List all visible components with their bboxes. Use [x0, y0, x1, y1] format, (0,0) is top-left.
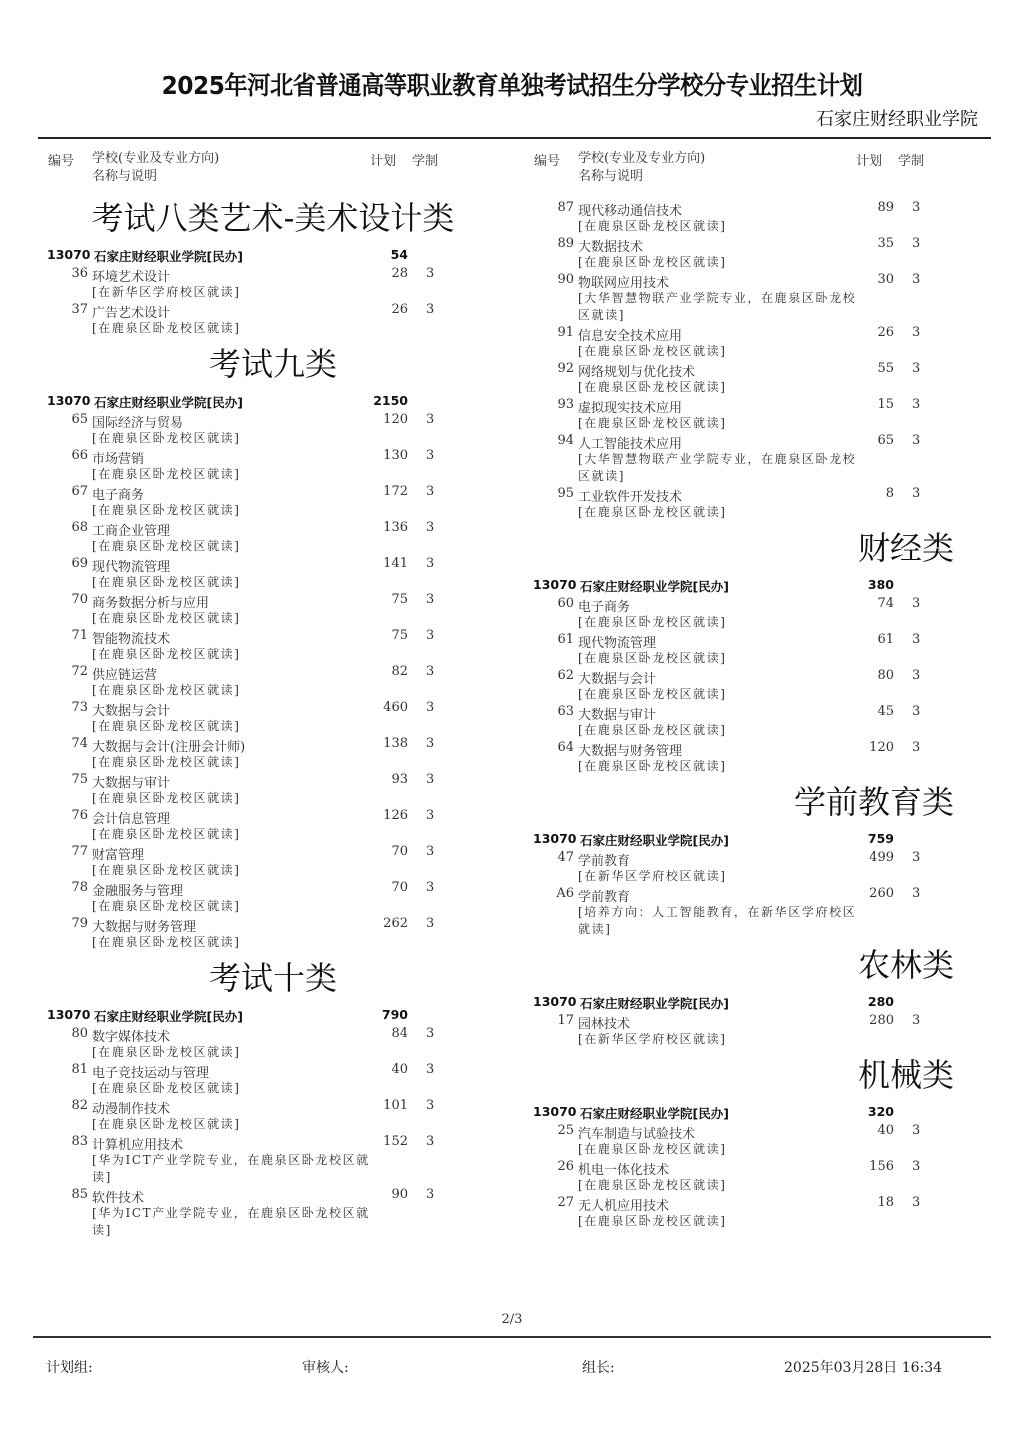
- major-code: 62: [544, 668, 574, 683]
- school-row: 13070石家庄财经职业学院[民办]320: [524, 1101, 994, 1123]
- major-code: 82: [58, 1098, 88, 1113]
- page-number: 2/3: [0, 1312, 1024, 1327]
- major-plan: 28: [358, 266, 408, 281]
- major-name: 无人机应用技术: [578, 1195, 669, 1214]
- print-datetime: 2025年03月28日 16:34: [784, 1357, 942, 1377]
- major-row: 71智能物流技术753: [38, 628, 508, 646]
- major-plan: 499: [844, 850, 894, 865]
- major-item: 62大数据与会计803[在鹿泉区卧龙校区就读]: [524, 668, 994, 704]
- major-code: 81: [58, 1062, 88, 1077]
- major-name: 大数据与审计: [92, 772, 170, 791]
- major-note: [培养方向：人工智能教育，在新华区学府校区就读]: [578, 904, 858, 939]
- major-length: 3: [426, 266, 434, 281]
- major-row: 78金融服务与管理703: [38, 880, 508, 898]
- major-name: 学前教育: [578, 886, 630, 905]
- major-item: 92网络规划与优化技术553[在鹿泉区卧龙校区就读]: [524, 361, 994, 397]
- major-code: A6: [544, 886, 574, 901]
- major-item: 67电子商务1723[在鹿泉区卧龙校区就读]: [38, 484, 508, 520]
- major-note: [在鹿泉区卧龙校区就读]: [578, 650, 858, 668]
- major-plan: 80: [844, 668, 894, 683]
- major-code: 92: [544, 361, 574, 376]
- major-code: 75: [58, 772, 88, 787]
- major-length: 3: [912, 1159, 920, 1174]
- major-row: 74大数据与会计(注册会计师)1383: [38, 736, 508, 754]
- major-row: 60电子商务743: [524, 596, 994, 614]
- category-title: 考试九类: [38, 338, 508, 390]
- major-length: 3: [912, 200, 920, 215]
- major-note: [在鹿泉区卧龙校区就读]: [578, 1213, 858, 1231]
- major-length: 3: [426, 628, 434, 643]
- major-row: A6学前教育2603: [524, 886, 994, 904]
- major-name: 物联网应用技术: [578, 272, 669, 291]
- category-section: 财经类13070石家庄财经职业学院[民办]38060电子商务743[在鹿泉区卧龙…: [524, 522, 994, 776]
- major-note: [在鹿泉区卧龙校区就读]: [92, 502, 372, 520]
- major-list: 65国际经济与贸易1203[在鹿泉区卧龙校区就读]66市场营销1303[在鹿泉区…: [38, 412, 508, 952]
- major-item: 91信息安全技术应用263[在鹿泉区卧龙校区就读]: [524, 325, 994, 361]
- major-item: 25汽车制造与试验技术403[在鹿泉区卧龙校区就读]: [524, 1123, 994, 1159]
- major-note: [在鹿泉区卧龙校区就读]: [92, 430, 372, 448]
- major-item: 17园林技术2803[在新华区学府校区就读]: [524, 1013, 994, 1049]
- major-length: 3: [912, 632, 920, 647]
- school-name: 石家庄财经职业学院[民办]: [580, 577, 729, 595]
- major-item: 95工业软件开发技术83[在鹿泉区卧龙校区就读]: [524, 486, 994, 522]
- major-name: 电子竞技运动与管理: [92, 1062, 209, 1081]
- school-row: 13070石家庄财经职业学院[民办]54: [38, 244, 508, 266]
- school-total: 380: [854, 577, 894, 592]
- major-name: 园林技术: [578, 1013, 630, 1032]
- major-length: 3: [912, 1013, 920, 1028]
- major-row: 70商务数据分析与应用753: [38, 592, 508, 610]
- major-row: 26机电一体化技术1563: [524, 1159, 994, 1177]
- major-row: 89大数据技术353: [524, 236, 994, 254]
- major-code: 63: [544, 704, 574, 719]
- major-code: 83: [58, 1134, 88, 1149]
- major-length: 3: [426, 844, 434, 859]
- right-sections: 财经类13070石家庄财经职业学院[民办]38060电子商务743[在鹿泉区卧龙…: [524, 522, 994, 1231]
- major-plan: 70: [358, 844, 408, 859]
- major-code: 60: [544, 596, 574, 611]
- major-note: [大华智慧物联产业学院专业，在鹿泉区卧龙校区就读]: [578, 451, 858, 486]
- major-note: [在鹿泉区卧龙校区就读]: [92, 320, 372, 338]
- major-note: [在鹿泉区卧龙校区就读]: [92, 1044, 372, 1062]
- major-plan: 460: [358, 700, 408, 715]
- category-section: 考试八类艺术-美术设计类13070石家庄财经职业学院[民办]5436环境艺术设计…: [38, 192, 508, 338]
- category-title: 考试八类艺术-美术设计类: [38, 192, 508, 244]
- major-plan: 136: [358, 520, 408, 535]
- header-length: 学制: [898, 150, 924, 169]
- school-code: 13070: [47, 247, 91, 262]
- major-name: 大数据与会计: [92, 700, 170, 719]
- right-column: 编号 学校(专业及专业方向)名称与说明 计划 学制 87现代移动通信技术893[…: [524, 148, 994, 1231]
- major-item: 87现代移动通信技术893[在鹿泉区卧龙校区就读]: [524, 200, 994, 236]
- major-plan: 280: [844, 1013, 894, 1028]
- major-item: 72供应链运营823[在鹿泉区卧龙校区就读]: [38, 664, 508, 700]
- major-item: 80数字媒体技术843[在鹿泉区卧龙校区就读]: [38, 1026, 508, 1062]
- major-note: [在鹿泉区卧龙校区就读]: [92, 826, 372, 844]
- major-row: 82动漫制作技术1013: [38, 1098, 508, 1116]
- major-plan: 75: [358, 628, 408, 643]
- major-plan: 141: [358, 556, 408, 571]
- major-row: 72供应链运营823: [38, 664, 508, 682]
- school-row: 13070石家庄财经职业学院[民办]2150: [38, 390, 508, 412]
- major-plan: 35: [844, 236, 894, 251]
- major-note: [在鹿泉区卧龙校区就读]: [578, 758, 858, 776]
- major-plan: 172: [358, 484, 408, 499]
- major-note: [在鹿泉区卧龙校区就读]: [92, 790, 372, 808]
- major-name: 网络规划与优化技术: [578, 361, 695, 380]
- school-row: 13070石家庄财经职业学院[民办]280: [524, 991, 994, 1013]
- major-code: 64: [544, 740, 574, 755]
- major-code: 68: [58, 520, 88, 535]
- major-item: 61现代物流管理613[在鹿泉区卧龙校区就读]: [524, 632, 994, 668]
- header-name-line1: 学校(专业及专业方向): [92, 151, 219, 166]
- major-length: 3: [912, 433, 920, 448]
- major-item: 64大数据与财务管理1203[在鹿泉区卧龙校区就读]: [524, 740, 994, 776]
- bottom-divider: [33, 1336, 991, 1338]
- major-note: [在鹿泉区卧龙校区就读]: [578, 686, 858, 704]
- header-plan: 计划: [856, 150, 882, 169]
- major-name: 电子商务: [92, 484, 144, 503]
- group-leader-label: 组长:: [582, 1357, 615, 1377]
- major-item: 47学前教育4993[在新华区学府校区就读]: [524, 850, 994, 886]
- major-list: 47学前教育4993[在新华区学府校区就读]A6学前教育2603[培养方向：人工…: [524, 850, 994, 939]
- major-row: 95工业软件开发技术83: [524, 486, 994, 504]
- major-row: 93虚拟现实技术应用153: [524, 397, 994, 415]
- major-code: 66: [58, 448, 88, 463]
- major-code: 67: [58, 484, 88, 499]
- school-name: 石家庄财经职业学院[民办]: [94, 1007, 243, 1025]
- major-note: [在鹿泉区卧龙校区就读]: [92, 898, 372, 916]
- major-item: 90物联网应用技术303[大华智慧物联产业学院专业，在鹿泉区卧龙校区就读]: [524, 272, 994, 325]
- category-section: 农林类13070石家庄财经职业学院[民办]28017园林技术2803[在新华区学…: [524, 939, 994, 1049]
- major-row: 25汽车制造与试验技术403: [524, 1123, 994, 1141]
- major-row: 92网络规划与优化技术553: [524, 361, 994, 379]
- major-length: 3: [426, 484, 434, 499]
- major-plan: 74: [844, 596, 894, 611]
- major-note: [在鹿泉区卧龙校区就读]: [92, 466, 372, 484]
- major-plan: 126: [358, 808, 408, 823]
- major-length: 3: [912, 704, 920, 719]
- school-code: 13070: [533, 831, 577, 846]
- left-sections: 考试八类艺术-美术设计类13070石家庄财经职业学院[民办]5436环境艺术设计…: [38, 192, 508, 1240]
- major-plan: 75: [358, 592, 408, 607]
- major-length: 3: [912, 740, 920, 755]
- major-plan: 120: [358, 412, 408, 427]
- major-code: 89: [544, 236, 574, 251]
- major-name: 工业软件开发技术: [578, 486, 682, 505]
- major-row: 79大数据与财务管理2623: [38, 916, 508, 934]
- major-item: 82动漫制作技术1013[在鹿泉区卧龙校区就读]: [38, 1098, 508, 1134]
- school-total: 320: [854, 1104, 894, 1119]
- major-row: 81电子竞技运动与管理403: [38, 1062, 508, 1080]
- major-note: [在鹿泉区卧龙校区就读]: [578, 343, 858, 361]
- major-list: 36环境艺术设计283[在新华区学府校区就读]37广告艺术设计263[在鹿泉区卧…: [38, 266, 508, 338]
- school-total: 759: [854, 831, 894, 846]
- major-plan: 65: [844, 433, 894, 448]
- major-plan: 18: [844, 1195, 894, 1210]
- major-name: 市场营销: [92, 448, 144, 467]
- major-code: 26: [544, 1159, 574, 1174]
- header-plan: 计划: [370, 150, 396, 169]
- major-length: 3: [912, 850, 920, 865]
- major-note: [在新华区学府校区就读]: [578, 1031, 858, 1049]
- major-name: 现代物流管理: [578, 632, 656, 651]
- major-plan: 89: [844, 200, 894, 215]
- major-length: 3: [426, 556, 434, 571]
- major-name: 虚拟现实技术应用: [578, 397, 682, 416]
- major-name: 财富管理: [92, 844, 144, 863]
- school-name: 石家庄财经职业学院[民办]: [580, 1104, 729, 1122]
- major-code: 90: [544, 272, 574, 287]
- major-code: 73: [58, 700, 88, 715]
- major-item: 37广告艺术设计263[在鹿泉区卧龙校区就读]: [38, 302, 508, 338]
- major-note: [华为ICT产业学院专业，在鹿泉区卧龙校区就读]: [92, 1205, 372, 1240]
- major-code: 47: [544, 850, 574, 865]
- major-length: 3: [912, 397, 920, 412]
- school-code: 13070: [533, 994, 577, 1009]
- major-code: 85: [58, 1187, 88, 1202]
- header-name-line2: 名称与说明: [92, 169, 157, 184]
- major-code: 65: [58, 412, 88, 427]
- major-code: 74: [58, 736, 88, 751]
- category-section: 考试九类13070石家庄财经职业学院[民办]215065国际经济与贸易1203[…: [38, 338, 508, 952]
- major-name: 软件技术: [92, 1187, 144, 1206]
- school-code: 13070: [533, 1104, 577, 1119]
- major-row: 37广告艺术设计263: [38, 302, 508, 320]
- major-item: 73大数据与会计4603[在鹿泉区卧龙校区就读]: [38, 700, 508, 736]
- major-name: 大数据与会计: [578, 668, 656, 687]
- major-name: 电子商务: [578, 596, 630, 615]
- major-length: 3: [426, 916, 434, 931]
- major-item: 94人工智能技术应用653[大华智慧物联产业学院专业，在鹿泉区卧龙校区就读]: [524, 433, 994, 486]
- major-plan: 8: [844, 486, 894, 501]
- major-name: 数字媒体技术: [92, 1026, 170, 1045]
- major-item: 27无人机应用技术183[在鹿泉区卧龙校区就读]: [524, 1195, 994, 1231]
- major-item: 75大数据与审计933[在鹿泉区卧龙校区就读]: [38, 772, 508, 808]
- major-row: 77财富管理703: [38, 844, 508, 862]
- major-plan: 55: [844, 361, 894, 376]
- major-plan: 130: [358, 448, 408, 463]
- major-name: 金融服务与管理: [92, 880, 183, 899]
- major-item: 68工商企业管理1363[在鹿泉区卧龙校区就读]: [38, 520, 508, 556]
- major-code: 69: [58, 556, 88, 571]
- major-code: 17: [544, 1013, 574, 1028]
- major-note: [大华智慧物联产业学院专业，在鹿泉区卧龙校区就读]: [578, 290, 858, 325]
- major-note: [在鹿泉区卧龙校区就读]: [92, 1116, 372, 1134]
- major-item: A6学前教育2603[培养方向：人工智能教育，在新华区学府校区就读]: [524, 886, 994, 939]
- major-note: [在鹿泉区卧龙校区就读]: [92, 610, 372, 628]
- major-row: 63大数据与审计453: [524, 704, 994, 722]
- major-name: 计算机应用技术: [92, 1134, 183, 1153]
- major-row: 90物联网应用技术303: [524, 272, 994, 290]
- header-length: 学制: [412, 150, 438, 169]
- major-plan: 260: [844, 886, 894, 901]
- major-plan: 45: [844, 704, 894, 719]
- major-note: [在鹿泉区卧龙校区就读]: [92, 754, 372, 772]
- major-note: [在鹿泉区卧龙校区就读]: [578, 254, 858, 272]
- major-name: 大数据与会计(注册会计师): [92, 736, 245, 755]
- major-code: 78: [58, 880, 88, 895]
- major-note: [在鹿泉区卧龙校区就读]: [92, 1080, 372, 1098]
- major-length: 3: [426, 736, 434, 751]
- school-code: 13070: [533, 577, 577, 592]
- major-length: 3: [426, 700, 434, 715]
- school-row: 13070石家庄财经职业学院[民办]380: [524, 574, 994, 596]
- major-row: 47学前教育4993: [524, 850, 994, 868]
- major-list: 80数字媒体技术843[在鹿泉区卧龙校区就读]81电子竞技运动与管理403[在鹿…: [38, 1026, 508, 1240]
- major-name: 汽车制造与试验技术: [578, 1123, 695, 1142]
- major-plan: 30: [844, 272, 894, 287]
- major-note: [在鹿泉区卧龙校区就读]: [578, 722, 858, 740]
- major-row: 73大数据与会计4603: [38, 700, 508, 718]
- major-code: 36: [58, 266, 88, 281]
- major-note: [在鹿泉区卧龙校区就读]: [92, 646, 372, 664]
- major-row: 62大数据与会计803: [524, 668, 994, 686]
- major-plan: 262: [358, 916, 408, 931]
- major-note: [在鹿泉区卧龙校区就读]: [92, 538, 372, 556]
- major-length: 3: [912, 325, 920, 340]
- major-name: 商务数据分析与应用: [92, 592, 209, 611]
- major-plan: 90: [358, 1187, 408, 1202]
- major-length: 3: [426, 412, 434, 427]
- major-length: 3: [426, 772, 434, 787]
- header-num: 编号: [534, 150, 560, 169]
- major-name: 国际经济与贸易: [92, 412, 183, 431]
- major-list: 60电子商务743[在鹿泉区卧龙校区就读]61现代物流管理613[在鹿泉区卧龙校…: [524, 596, 994, 776]
- category-section: 考试十类13070石家庄财经职业学院[民办]79080数字媒体技术843[在鹿泉…: [38, 952, 508, 1240]
- school-row: 13070石家庄财经职业学院[民办]759: [524, 828, 994, 850]
- major-row: 75大数据与审计933: [38, 772, 508, 790]
- category-title: 机械类: [524, 1049, 984, 1101]
- category-title: 财经类: [524, 522, 984, 574]
- major-row: 91信息安全技术应用263: [524, 325, 994, 343]
- major-row: 27无人机应用技术183: [524, 1195, 994, 1213]
- school-code: 13070: [47, 1007, 91, 1022]
- major-plan: 40: [844, 1123, 894, 1138]
- major-note: [在鹿泉区卧龙校区就读]: [92, 682, 372, 700]
- major-item: 71智能物流技术753[在鹿泉区卧龙校区就读]: [38, 628, 508, 664]
- major-row: 64大数据与财务管理1203: [524, 740, 994, 758]
- major-name: 人工智能技术应用: [578, 433, 682, 452]
- major-item: 63大数据与审计453[在鹿泉区卧龙校区就读]: [524, 704, 994, 740]
- major-code: 79: [58, 916, 88, 931]
- major-note: [华为ICT产业学院专业，在鹿泉区卧龙校区就读]: [92, 1152, 372, 1187]
- school-name: 石家庄财经职业学院[民办]: [580, 994, 729, 1012]
- column-header: 编号 学校(专业及专业方向)名称与说明 计划 学制: [524, 148, 994, 192]
- page-title: 2025年河北省普通高等职业教育单独考试招生分学校分专业招生计划: [36, 66, 988, 102]
- major-item: 36环境艺术设计283[在新华区学府校区就读]: [38, 266, 508, 302]
- major-row: 66市场营销1303: [38, 448, 508, 466]
- major-row: 76会计信息管理1263: [38, 808, 508, 826]
- major-item: 81电子竞技运动与管理403[在鹿泉区卧龙校区就读]: [38, 1062, 508, 1098]
- major-item: 78金融服务与管理703[在鹿泉区卧龙校区就读]: [38, 880, 508, 916]
- major-note: [在鹿泉区卧龙校区就读]: [578, 415, 858, 433]
- major-plan: 26: [844, 325, 894, 340]
- header-name: 学校(专业及专业方向)名称与说明: [578, 150, 705, 186]
- major-item: 26机电一体化技术1563[在鹿泉区卧龙校区就读]: [524, 1159, 994, 1195]
- major-item: 60电子商务743[在鹿泉区卧龙校区就读]: [524, 596, 994, 632]
- major-note: [在鹿泉区卧龙校区就读]: [92, 862, 372, 880]
- major-length: 3: [912, 236, 920, 251]
- major-code: 61: [544, 632, 574, 647]
- header-name-line2: 名称与说明: [578, 169, 643, 184]
- major-length: 3: [426, 448, 434, 463]
- major-item: 65国际经济与贸易1203[在鹿泉区卧龙校区就读]: [38, 412, 508, 448]
- major-name: 大数据与财务管理: [578, 740, 682, 759]
- school-name-header: 石家庄财经职业学院: [816, 105, 978, 131]
- major-note: [在鹿泉区卧龙校区就读]: [578, 218, 858, 236]
- major-name: 广告艺术设计: [92, 302, 170, 321]
- major-length: 3: [426, 1062, 434, 1077]
- major-row: 85软件技术903: [38, 1187, 508, 1205]
- major-name: 信息安全技术应用: [578, 325, 682, 344]
- major-length: 3: [426, 592, 434, 607]
- major-length: 3: [912, 1123, 920, 1138]
- major-item: 85软件技术903[华为ICT产业学院专业，在鹿泉区卧龙校区就读]: [38, 1187, 508, 1240]
- major-plan: 152: [358, 1134, 408, 1149]
- major-length: 3: [426, 1134, 434, 1149]
- major-item: 74大数据与会计(注册会计师)1383[在鹿泉区卧龙校区就读]: [38, 736, 508, 772]
- major-code: 37: [58, 302, 88, 317]
- major-length: 3: [426, 1098, 434, 1113]
- major-name: 工商企业管理: [92, 520, 170, 539]
- major-row: 80数字媒体技术843: [38, 1026, 508, 1044]
- major-list: 17园林技术2803[在新华区学府校区就读]: [524, 1013, 994, 1049]
- major-length: 3: [912, 272, 920, 287]
- major-plan: 26: [358, 302, 408, 317]
- school-total: 280: [854, 994, 894, 1009]
- left-column: 编号 学校(专业及专业方向)名称与说明 计划 学制 考试八类艺术-美术设计类13…: [38, 148, 508, 1240]
- major-item: 66市场营销1303[在鹿泉区卧龙校区就读]: [38, 448, 508, 484]
- school-name: 石家庄财经职业学院[民办]: [580, 831, 729, 849]
- reviewer-label: 审核人:: [302, 1357, 349, 1377]
- major-plan: 61: [844, 632, 894, 647]
- major-code: 70: [58, 592, 88, 607]
- major-name: 动漫制作技术: [92, 1098, 170, 1117]
- major-name: 大数据与财务管理: [92, 916, 196, 935]
- major-name: 供应链运营: [92, 664, 157, 683]
- major-note: [在鹿泉区卧龙校区就读]: [578, 1141, 858, 1159]
- school-name: 石家庄财经职业学院[民办]: [94, 393, 243, 411]
- major-length: 3: [912, 361, 920, 376]
- major-row: 69现代物流管理1413: [38, 556, 508, 574]
- major-note: [在鹿泉区卧龙校区就读]: [92, 574, 372, 592]
- major-list: 25汽车制造与试验技术403[在鹿泉区卧龙校区就读]26机电一体化技术1563[…: [524, 1123, 994, 1231]
- major-name: 环境艺术设计: [92, 266, 170, 285]
- major-length: 3: [426, 520, 434, 535]
- major-length: 3: [912, 886, 920, 901]
- major-length: 3: [912, 1195, 920, 1210]
- major-row: 65国际经济与贸易1203: [38, 412, 508, 430]
- major-note: [在新华区学府校区就读]: [92, 284, 372, 302]
- major-code: 71: [58, 628, 88, 643]
- major-note: [在鹿泉区卧龙校区就读]: [578, 1177, 858, 1195]
- major-row: 61现代物流管理613: [524, 632, 994, 650]
- major-name: 机电一体化技术: [578, 1159, 669, 1178]
- major-row: 94人工智能技术应用653: [524, 433, 994, 451]
- major-name: 现代移动通信技术: [578, 200, 682, 219]
- major-code: 76: [58, 808, 88, 823]
- major-code: 95: [544, 486, 574, 501]
- column-header: 编号 学校(专业及专业方向)名称与说明 计划 学制: [38, 148, 508, 192]
- major-name: 现代物流管理: [92, 556, 170, 575]
- major-row: 68工商企业管理1363: [38, 520, 508, 538]
- category-title: 考试十类: [38, 952, 508, 1004]
- major-row: 67电子商务1723: [38, 484, 508, 502]
- major-plan: 156: [844, 1159, 894, 1174]
- major-item: 77财富管理703[在鹿泉区卧龙校区就读]: [38, 844, 508, 880]
- category-section: 学前教育类13070石家庄财经职业学院[民办]75947学前教育4993[在新华…: [524, 776, 994, 939]
